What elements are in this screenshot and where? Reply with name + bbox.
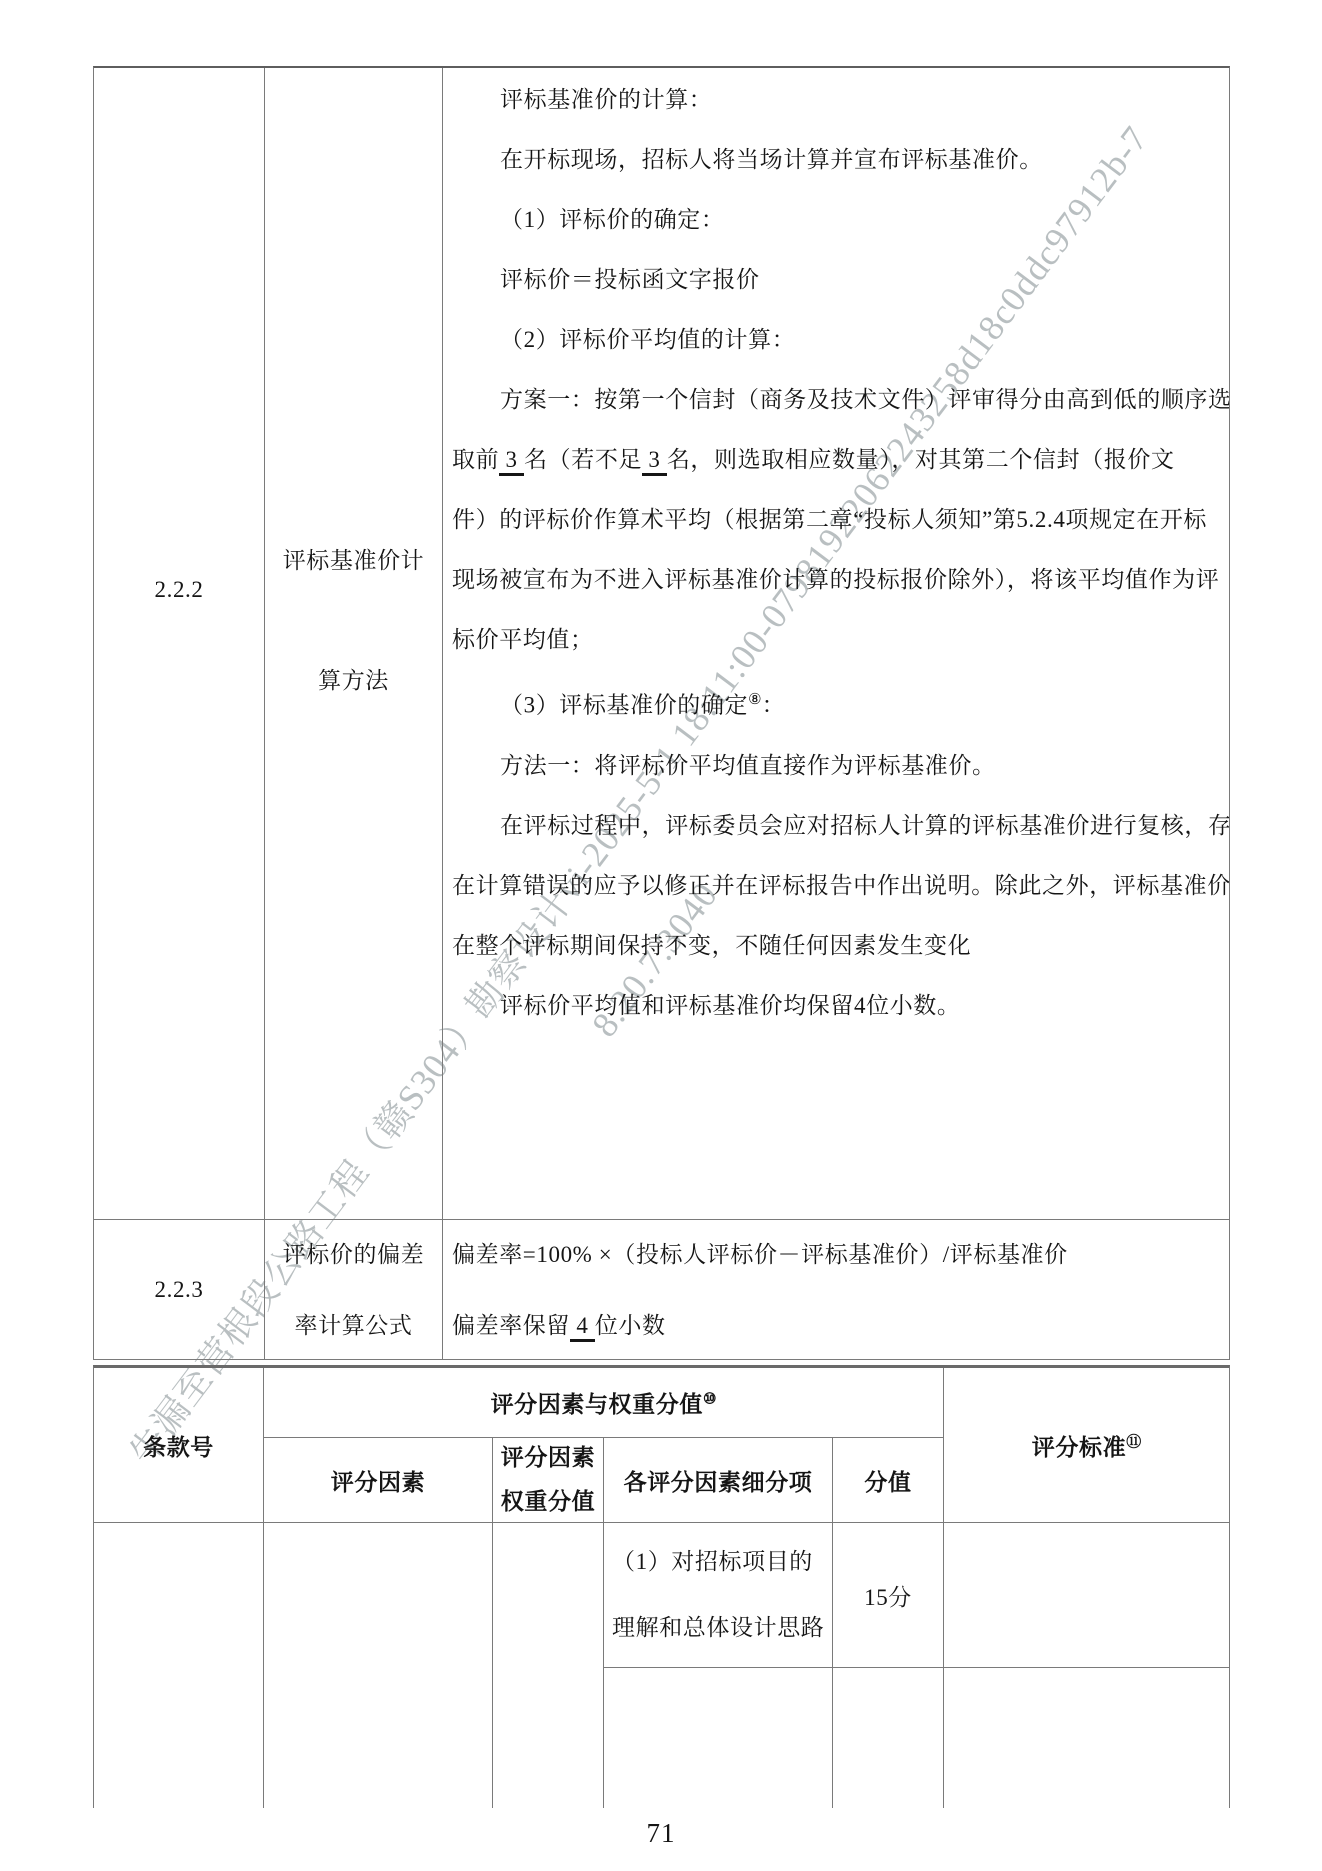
text-line: 在计算错误的应予以修正并在评标报告中作出说明。除此之外，评标基准价 bbox=[452, 856, 1229, 916]
body-clause-cell bbox=[94, 1523, 264, 1808]
text-segment: （1）评标价的确定： bbox=[500, 207, 725, 232]
text-line: 评标基准价的计算： bbox=[452, 70, 1229, 130]
text-line: 偏差率=100% ×（投标人评标价－评标基准价）/评标基准价 bbox=[452, 1219, 1229, 1290]
text-line: 方法一：将评标价平均值直接作为评标基准价。 bbox=[452, 736, 1229, 796]
text-line: 取前 3 名（若不足 3 名，则选取相应数量），对其第二个信封（报价文 bbox=[452, 430, 1229, 490]
text-segment: 名（若不足 bbox=[524, 447, 642, 472]
header-label: 评分因素与权重分值⑩ bbox=[491, 1386, 717, 1419]
header-score: 分值 bbox=[833, 1438, 944, 1523]
cell-clause-222: 2.2.2 bbox=[94, 68, 265, 1220]
text-segment: 方案一：按第一个信封（商务及技术文件）评审得分由高到低的顺序选 bbox=[500, 387, 1229, 412]
clause-name-line: 率计算公式 bbox=[295, 1290, 413, 1361]
cell-name-223: 评标价的偏差 率计算公式 bbox=[265, 1220, 443, 1359]
text-segment: 在开标现场，招标人将当场计算并宣布评标基准价。 bbox=[500, 147, 1043, 172]
body-standard-cell bbox=[944, 1523, 1229, 1668]
text-line: 偏差率保留 4 位小数 bbox=[452, 1290, 1229, 1361]
text-line: 标价平均值； bbox=[452, 610, 1229, 670]
body-score-cell-next bbox=[833, 1668, 944, 1808]
text-line: 现场被宣布为不进入评标基准价计算的投标报价除外），将该平均值作为评 bbox=[452, 550, 1229, 610]
text-segment: （2）评标价平均值的计算： bbox=[500, 327, 795, 352]
header-label: 条款号 bbox=[143, 1429, 214, 1462]
clause-223-text: 偏差率=100% ×（投标人评标价－评标基准价）/评标基准价偏差率保留 4 位小… bbox=[443, 1220, 1229, 1359]
text-segment: 位小数 bbox=[595, 1313, 666, 1338]
body-score-cell: 15分 bbox=[833, 1523, 944, 1668]
text-segment: （3）评标基准价的确定 bbox=[500, 693, 748, 718]
text-segment: 3 bbox=[499, 447, 524, 476]
text-line: （1）评标价的确定： bbox=[452, 190, 1229, 250]
page-number: 71 bbox=[0, 1818, 1322, 1849]
clause-name-line: 评标基准价计 bbox=[265, 546, 442, 576]
text-line: 在开标现场，招标人将当场计算并宣布评标基准价。 bbox=[452, 130, 1229, 190]
header-label: 评分因素 bbox=[331, 1464, 425, 1497]
header-label: 评分因素 bbox=[501, 1436, 595, 1480]
header-label: 评分标准⑪ bbox=[1032, 1429, 1141, 1462]
clause-table: 2.2.2 评标基准价计 算方法 评标基准价的计算：在开标现场，招标人将当场计算… bbox=[93, 66, 1230, 1360]
header-group: 评分因素与权重分值⑩ bbox=[264, 1368, 944, 1438]
text-segment: 在评标过程中，评标委员会应对招标人计算的评标基准价进行复核，存 bbox=[500, 813, 1229, 838]
clause-name-line: 评标价的偏差 bbox=[283, 1219, 425, 1290]
text-line: 件）的评标价作算术平均（根据第二章“投标人须知”第5.2.4项规定在开标 bbox=[452, 490, 1229, 550]
header-factor: 评分因素 bbox=[264, 1438, 493, 1523]
body-subitem-cell: （1）对招标项目的 理解和总体设计思路 bbox=[604, 1523, 833, 1668]
text-line: （3）评标基准价的确定⑧： bbox=[452, 670, 1229, 736]
header-weight: 评分因素 权重分值 bbox=[493, 1438, 604, 1523]
document-page: 牛漏至营根段公路工程（赣S304）勘察设计vi-2025-5-1 18:11:0… bbox=[0, 0, 1322, 1871]
text-segment: 评标基准价的计算： bbox=[500, 87, 712, 112]
text-line: 在整个评标期间保持不变，不随任何因素发生变化 bbox=[452, 916, 1229, 976]
clause-number: 2.2.2 bbox=[94, 575, 264, 605]
footnote-mark-11: ⑪ bbox=[1126, 1434, 1141, 1450]
text-segment: 3 bbox=[642, 447, 667, 476]
score-value: 15分 bbox=[864, 1579, 912, 1612]
header-standard-text: 评分标准 bbox=[1032, 1435, 1126, 1460]
cell-clause-223: 2.2.3 bbox=[94, 1220, 265, 1359]
header-label: 权重分值 bbox=[501, 1480, 595, 1524]
body-weight-cell bbox=[493, 1523, 604, 1808]
cell-content-222: 评标基准价的计算：在开标现场，招标人将当场计算并宣布评标基准价。（1）评标价的确… bbox=[443, 68, 1229, 1220]
text-segment: 现场被宣布为不进入评标基准价计算的投标报价除外），将该平均值作为评 bbox=[452, 567, 1219, 592]
body-subitem-cell-next bbox=[604, 1668, 833, 1808]
text-segment: 件）的评标价作算术平均（根据第二章“投标人须知”第5.2.4项规定在开标 bbox=[452, 507, 1207, 532]
text-segment: 名，则选取相应数量），对其第二个信封（报价文 bbox=[667, 447, 1175, 472]
text-segment: 评标价＝投标函文字报价 bbox=[500, 267, 760, 292]
header-group-text: 评分因素与权重分值 bbox=[491, 1392, 703, 1417]
text-segment: 4 bbox=[570, 1313, 595, 1342]
text-segment: 评标价平均值和评标基准价均保留4位小数。 bbox=[500, 993, 961, 1018]
header-label: 分值 bbox=[864, 1464, 911, 1497]
text-line: （2）评标价平均值的计算： bbox=[452, 310, 1229, 370]
clause-name-line: 算方法 bbox=[265, 666, 442, 696]
header-standard: 评分标准⑪ bbox=[944, 1368, 1229, 1523]
text-line: 评标价平均值和评标基准价均保留4位小数。 bbox=[452, 976, 1229, 1036]
header-clause-col: 条款号 bbox=[94, 1368, 264, 1523]
text-line: 在评标过程中，评标委员会应对招标人计算的评标基准价进行复核，存 bbox=[452, 796, 1229, 856]
subitem-line: 理解和总体设计思路 bbox=[612, 1595, 832, 1661]
text-line: 评标价＝投标函文字报价 bbox=[452, 250, 1229, 310]
subitem-line: （1）对招标项目的 bbox=[612, 1529, 832, 1595]
scoring-table: 条款号 评分因素与权重分值⑩ 评分标准⑪ 评分因素 评分因素 权重分值 各评分因… bbox=[93, 1365, 1230, 1808]
text-line: 方案一：按第一个信封（商务及技术文件）评审得分由高到低的顺序选 bbox=[452, 370, 1229, 430]
clause-number: 2.2.3 bbox=[155, 1277, 204, 1303]
header-subitem: 各评分因素细分项 bbox=[604, 1438, 833, 1523]
text-segment: 方法一：将评标价平均值直接作为评标基准价。 bbox=[500, 753, 996, 778]
footnote-mark-10: ⑩ bbox=[703, 1391, 716, 1407]
text-segment: 在整个评标期间保持不变，不随任何因素发生变化 bbox=[452, 933, 971, 958]
clause-222-text: 评标基准价的计算：在开标现场，招标人将当场计算并宣布评标基准价。（1）评标价的确… bbox=[443, 70, 1229, 1218]
text-segment: 偏差率保留 bbox=[452, 1313, 570, 1338]
text-segment: 偏差率=100% ×（投标人评标价－评标基准价）/评标基准价 bbox=[452, 1242, 1068, 1267]
text-segment: ： bbox=[762, 693, 786, 718]
body-factor-cell bbox=[264, 1523, 493, 1808]
superscript-mark: ⑧ bbox=[748, 692, 761, 708]
cell-name-222: 评标基准价计 算方法 bbox=[265, 68, 443, 1220]
text-segment: 标价平均值； bbox=[452, 627, 594, 652]
text-segment: 在计算错误的应予以修正并在评标报告中作出说明。除此之外，评标基准价 bbox=[452, 873, 1229, 898]
text-segment: 取前 bbox=[452, 447, 499, 472]
header-label: 各评分因素细分项 bbox=[624, 1464, 813, 1497]
